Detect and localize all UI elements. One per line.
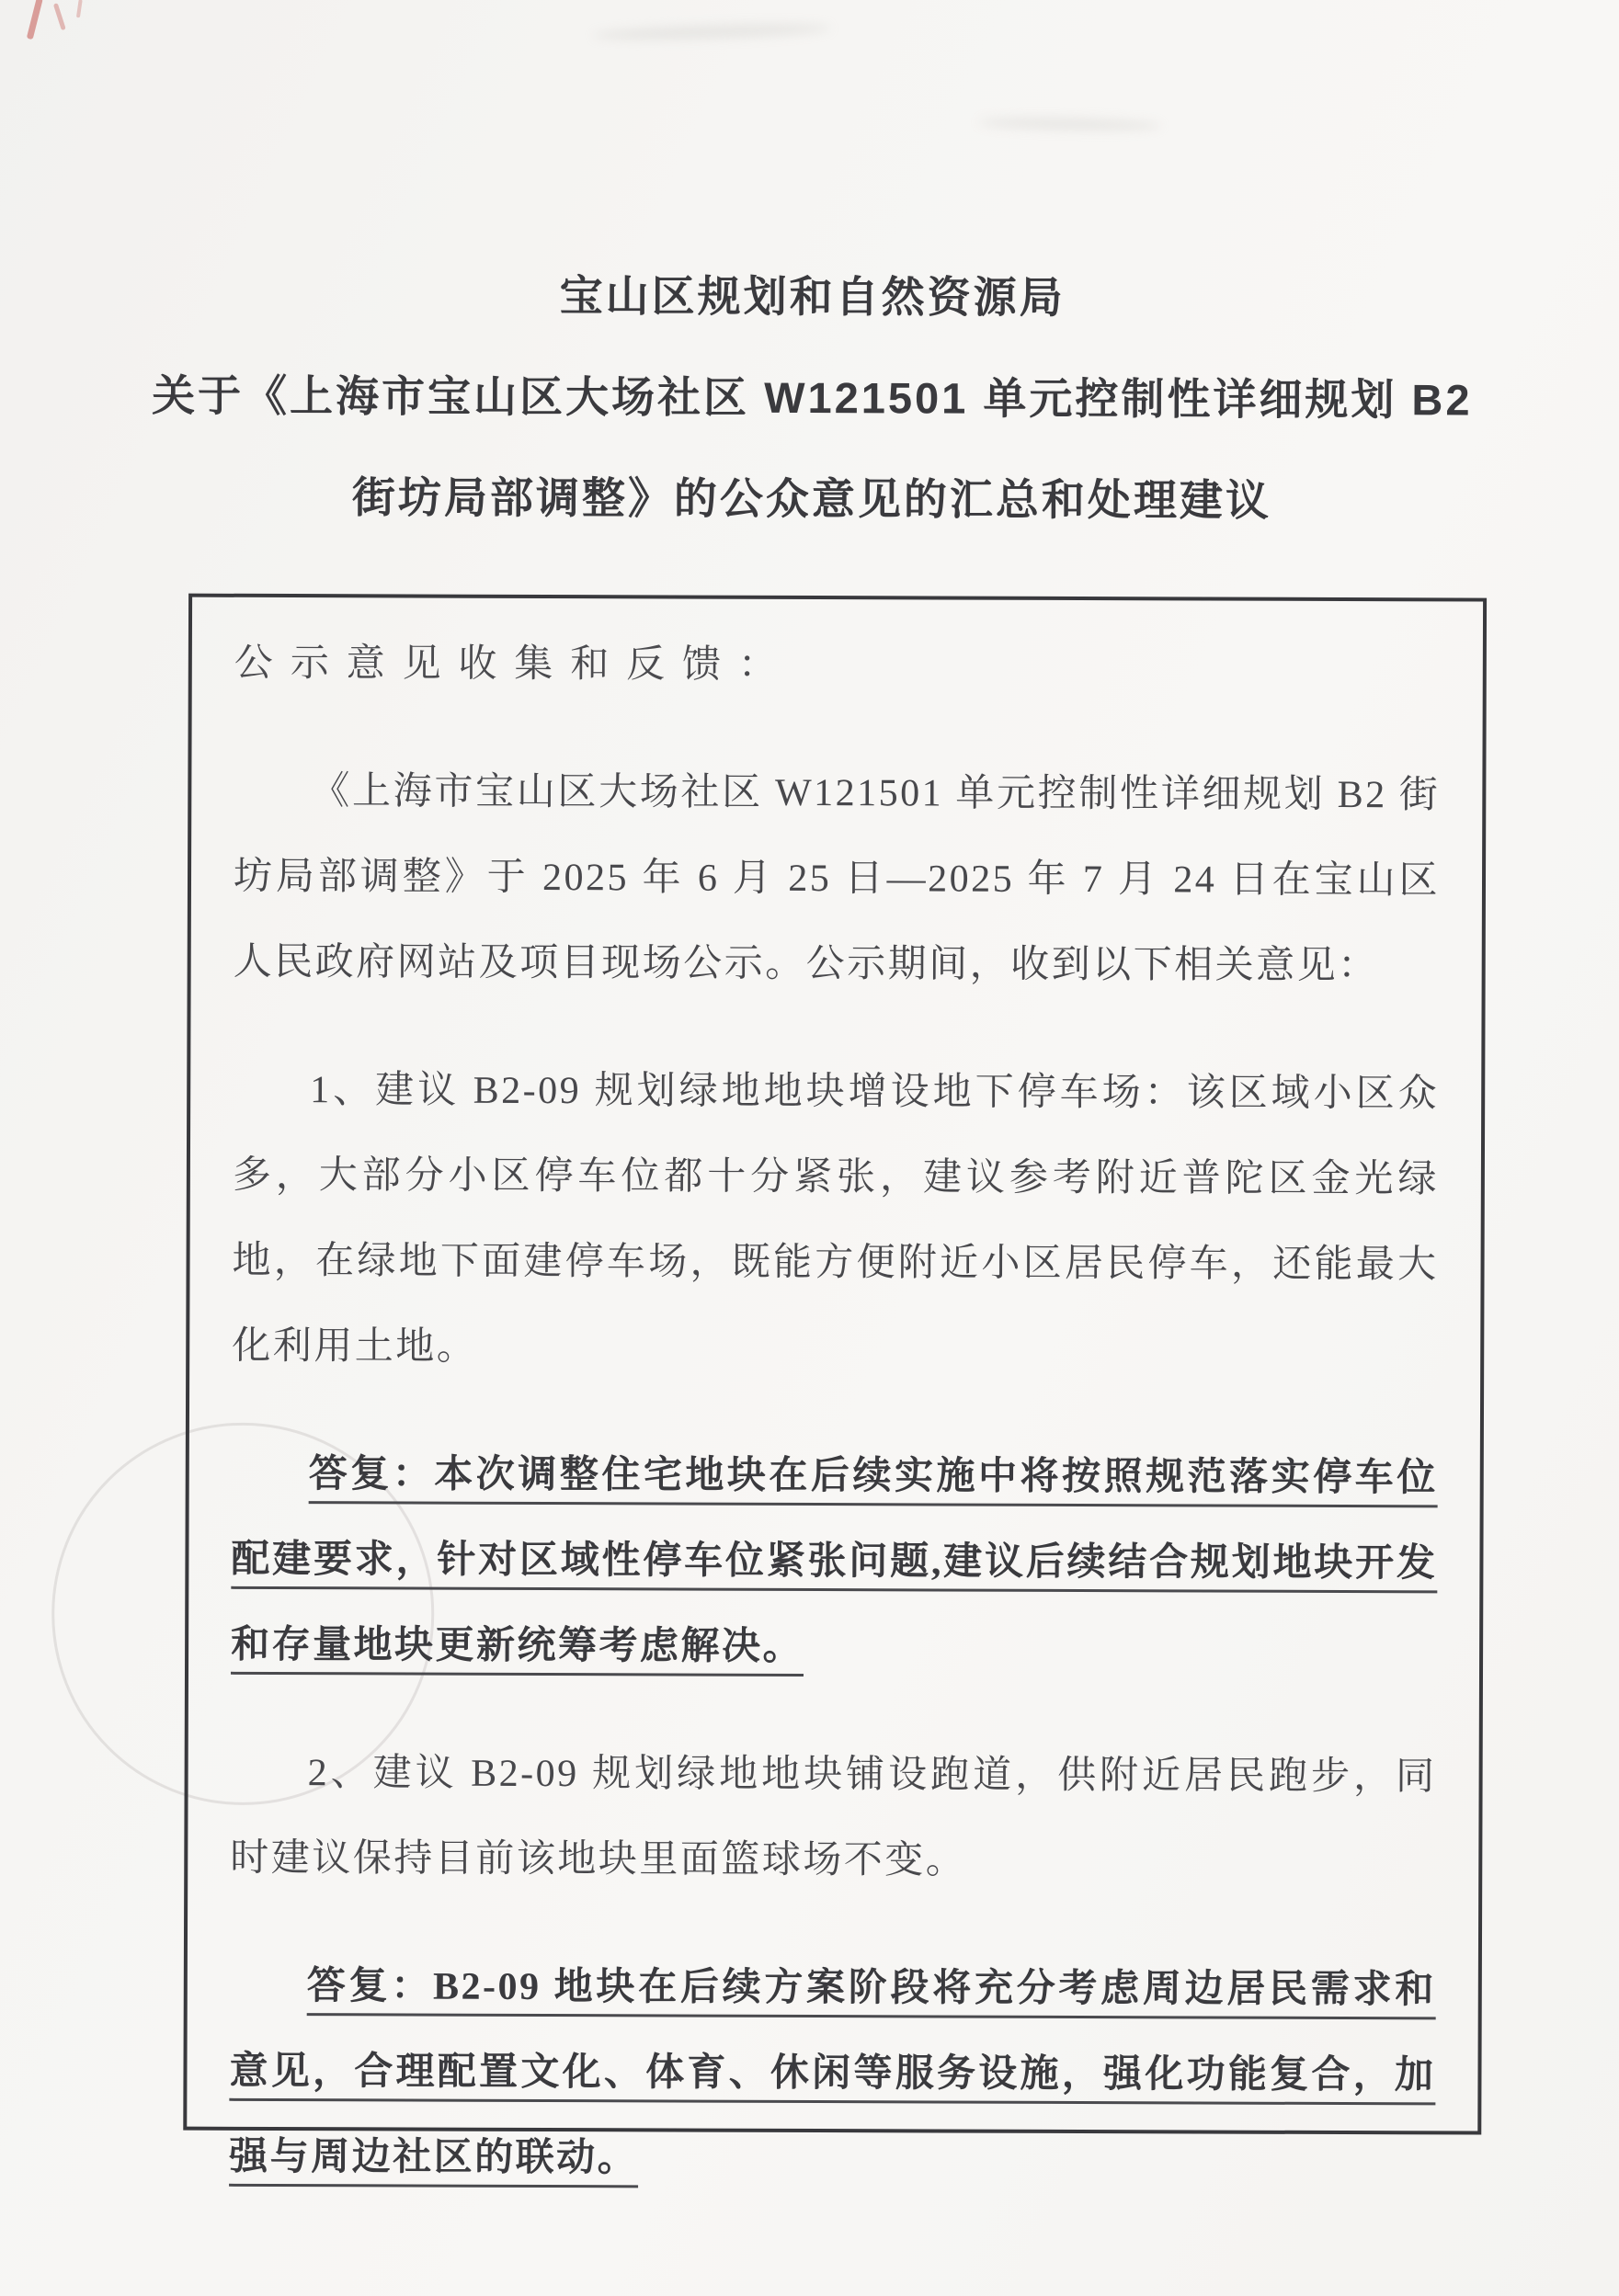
notice-heading: 公示意见收集和反馈： bbox=[234, 621, 1441, 711]
document-title-line-1: 关于《上海市宝山区大场社区 W121501 单元控制性详细规划 B2 bbox=[3, 345, 1619, 451]
scan-red-mark bbox=[27, 0, 43, 40]
comment-2: 2、建议 B2-09 规划绿地地块铺设跑道，供附近居民跑步，同时建议保持目前该地… bbox=[230, 1731, 1437, 1906]
reply-1: 答复：本次调整住宅地块在后续实施中将按照规范落实停车位配建要求，针对区域性停车位… bbox=[231, 1432, 1438, 1693]
scan-red-mark bbox=[76, 0, 83, 17]
scan-smudge bbox=[978, 117, 1162, 131]
comment-1: 1、建议 B2-09 规划绿地地块增设地下停车场：该区域小区众多，大部分小区停车… bbox=[232, 1048, 1439, 1394]
scan-smudge bbox=[592, 22, 831, 42]
scanned-document-page: 宝山区规划和自然资源局 关于《上海市宝山区大场社区 W121501 单元控制性详… bbox=[0, 0, 1619, 2296]
intro-paragraph: 《上海市宝山区大场社区 W121501 单元控制性详细规划 B2 街坊局部调整》… bbox=[234, 749, 1441, 1010]
document-header: 宝山区规划和自然资源局 关于《上海市宝山区大场社区 W121501 单元控制性详… bbox=[2, 244, 1619, 552]
scan-content: 宝山区规划和自然资源局 关于《上海市宝山区大场社区 W121501 单元控制性详… bbox=[0, 0, 1619, 2296]
reply-2: 答复：B2-09 地块在后续方案阶段将充分考虑周边居民需求和意见，合理配置文化、… bbox=[229, 1944, 1436, 2205]
agency-title: 宝山区规划和自然资源局 bbox=[3, 244, 1619, 350]
public-comment-box: 公示意见收集和反馈： 《上海市宝山区大场社区 W121501 单元控制性详细规划… bbox=[183, 594, 1487, 2135]
document-title-line-2: 街坊局部调整》的公众意见的汇总和处理建议 bbox=[2, 446, 1619, 552]
scan-red-mark bbox=[53, 3, 66, 30]
